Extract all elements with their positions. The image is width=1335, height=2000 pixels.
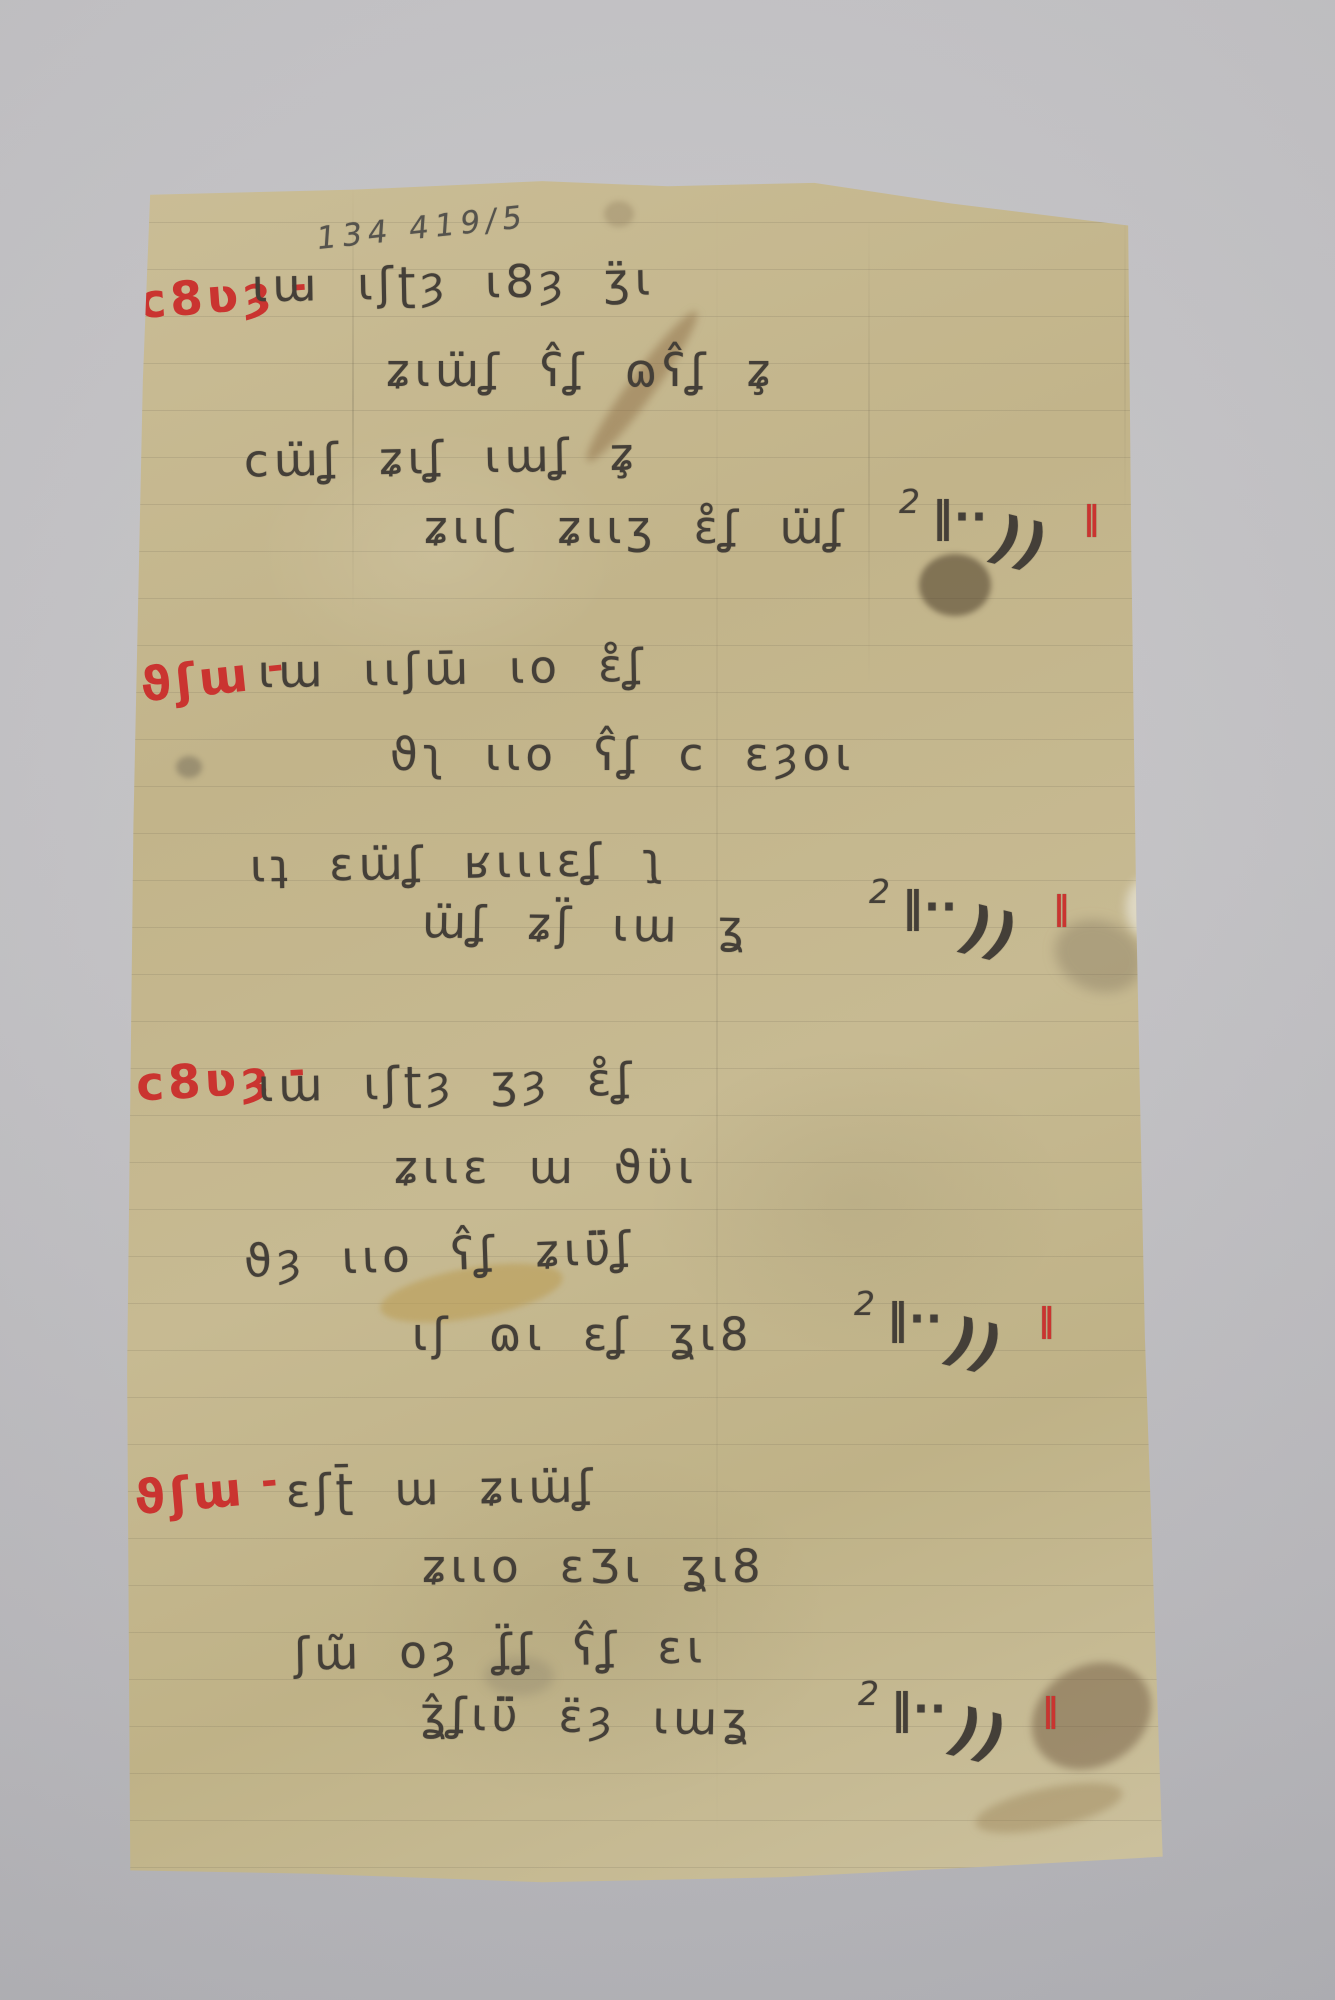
verse-line: ϑʅ ɩɩo ʕ̂ʆ ϲ ɛȝoɩ bbox=[390, 728, 855, 781]
stanza-end-parens: )) bbox=[987, 502, 1053, 580]
verse-line: ɩɯ ɩʃʈȝ ʒȝ ɛ̊ʆ bbox=[258, 1053, 637, 1113]
verse-line: ʓ̂ʆɩϋ̈ ɛ̈ȝ ɩɯʓ bbox=[420, 1687, 754, 1746]
stanza-end-marks: 2‖··))‖ bbox=[899, 492, 1099, 560]
stanza-end-parens: )) bbox=[942, 1304, 1008, 1382]
stanza-header: ϑʃɯ- bbox=[132, 1458, 284, 1527]
smudge bbox=[604, 201, 634, 227]
stanza-end-number: 2 bbox=[854, 1284, 875, 1323]
verse-line: ɩɯ ɩɩʃɯ̄ ɩo ɛ̊ʆ bbox=[258, 639, 648, 699]
stanza-end-marks: 2‖··))‖ bbox=[858, 1684, 1058, 1752]
stanza-header-dash: - bbox=[259, 1458, 284, 1506]
stanza-header-word: ϑʃɯ bbox=[138, 647, 255, 713]
archival-number: 134 419/5 bbox=[315, 199, 529, 258]
stanza-end-number: 2 bbox=[869, 872, 890, 911]
crease bbox=[868, 216, 870, 686]
verse-line: ϲɯ̈ʆ ʑɩʆ̧ ɩɯʆ ʑ̧ bbox=[244, 428, 639, 488]
stanza-header-word: ϲ8ʋȝ bbox=[135, 1050, 274, 1112]
stanza-end-bars: ‖·· bbox=[932, 492, 988, 541]
crease bbox=[1124, 196, 1126, 516]
verse-line: ʑɩɩʗ ʑɩɩʒ ɛ̊ʆ ɯ̈ʆ bbox=[424, 501, 848, 554]
verse-line: ʑɩɯ̈ʆ ʕ̂ʆ ɷʕ̂ʆ ʑ̧ bbox=[386, 344, 775, 397]
stanza-end-red-mark: ‖ bbox=[1083, 498, 1100, 537]
stanza-end-parens: )) bbox=[957, 892, 1023, 970]
verse-line: ʃɯ̃ oȝ ʆ̈ʆ ʕ̂ʆ ɛɩ bbox=[294, 1620, 708, 1680]
smudge bbox=[176, 756, 202, 778]
stanza-end-parens: )) bbox=[946, 1694, 1012, 1772]
verse-line: ʑɩɩo ɛƷɩ ʓɩ8 bbox=[422, 1540, 766, 1593]
fiber-streak bbox=[971, 1773, 1126, 1843]
stanza-end-red-mark: ‖ bbox=[1042, 1690, 1059, 1729]
verse-line: ɛʃʈ̄ ɯ ʑɩɯ̈ʆ bbox=[286, 1459, 598, 1517]
crease bbox=[716, 186, 718, 1866]
stanza-end-number: 2 bbox=[899, 482, 920, 521]
verse-line: ɯ̈ʆ ʑʃ̈ ɩɯ ʓ bbox=[422, 895, 750, 954]
stanza-end-number: 2 bbox=[858, 1674, 879, 1713]
verse-line: ϑȝ ɩɩo ʕ̂ʆ ʑɩϋ̈ʆ bbox=[243, 1221, 636, 1288]
stanza-end-bars: ‖·· bbox=[891, 1684, 947, 1733]
stanza-end-red-mark: ‖ bbox=[1053, 888, 1070, 927]
ink-blot bbox=[919, 554, 991, 616]
verse-line: ɩʃ ɷɩ ɛʆ ʓɩ8 bbox=[412, 1308, 754, 1361]
verse-line: ʑɩɩɛ ɯ ϑϋɩ bbox=[394, 1141, 698, 1194]
stanza-end-marks: 2‖··))‖ bbox=[854, 1294, 1054, 1362]
stanza-end-bars: ‖·· bbox=[902, 882, 958, 931]
verse-line: ɩɯ ɩʃʈȝ ɩ8ȝ ʒ̈ɩ bbox=[252, 252, 656, 312]
manuscript-paper: 134 419/5 ϲ8ʋȝ-ɩɯ ɩʃʈȝ ɩ8ȝ ʒ̈ɩʑɩɯ̈ʆ ʕ̂ʆ … bbox=[124, 176, 1170, 1884]
stanza-end-marks: 2‖··))‖ bbox=[869, 882, 1069, 950]
stanza-end-red-mark: ‖ bbox=[1038, 1300, 1055, 1339]
stanza-end-bars: ‖·· bbox=[887, 1294, 943, 1343]
verse-line: ɩʇ ɛɯ̈ʆ ʁɩɩɩɛʆ ʅ̧ bbox=[250, 832, 669, 892]
stanza-header-word: ϑʃɯ bbox=[132, 1462, 248, 1527]
